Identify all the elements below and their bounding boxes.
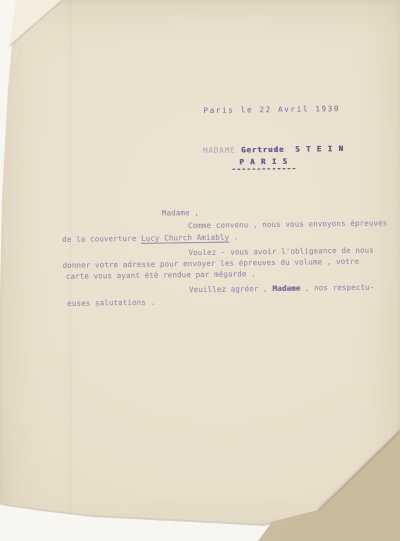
recipient-title: MADAME bbox=[203, 145, 236, 154]
paragraph2-line3: carte vous ayant été rendue par mégarde … bbox=[66, 269, 256, 282]
recipient-underline: ------------- bbox=[231, 164, 296, 175]
closing-line1: Veuillez agréer , Madame , nos respectu- bbox=[189, 283, 375, 296]
date-line: Paris le 22 Avril 1930 bbox=[203, 104, 340, 116]
paragraph1-line2: de la couverture Lucy Church Amiably . bbox=[62, 232, 238, 244]
scanned-letter-page: Paris le 22 Avril 1930 MADAME Gertrude S… bbox=[0, 0, 400, 541]
recipient-name: Gertrude S T E I N bbox=[235, 144, 343, 155]
paragraph1-line1: Comme convenu , nous vous envoyons épreu… bbox=[188, 218, 387, 231]
letter-text: Paris le 22 Avril 1930 MADAME Gertrude S… bbox=[0, 0, 400, 541]
salutation: Madame , bbox=[162, 208, 199, 219]
recipient-line: MADAME Gertrude S T E I N bbox=[203, 144, 344, 156]
closing-line2: euses salutations . bbox=[67, 298, 155, 309]
closing-madame: Madame bbox=[272, 284, 300, 293]
paragraph2-line2: donner votre adresse pour envoyer les ép… bbox=[63, 257, 360, 271]
book-title: Lucy Church Amiably bbox=[141, 233, 229, 243]
